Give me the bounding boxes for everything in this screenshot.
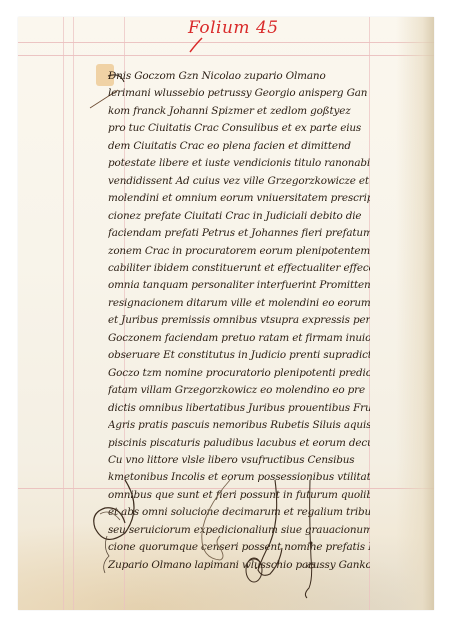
ruling-line-left-2 (73, 17, 74, 610)
grotesque-face-drawing-icon (240, 478, 300, 598)
text-line: cabiliter ibidem constituerunt et effect… (108, 260, 370, 277)
text-line: et Juribus premissis omnibus vtsupra exp… (108, 312, 370, 329)
text-line: piscinis piscaturis paludibus lacubus et… (108, 435, 370, 452)
text-line: Agris pratis pascuis nemoribus Rubetis S… (108, 417, 370, 434)
text-line: potestate libere et iuste vendicionis ti… (108, 155, 370, 172)
ruling-line-top-2 (18, 55, 434, 56)
text-line: lerimani wlussebio petrussy Georgio anis… (108, 85, 370, 102)
text-line: cionez prefate Ciuitati Crac in Judicial… (108, 208, 370, 225)
text-line: zonem Crac in procuratorem eorum plenipo… (108, 243, 370, 260)
text-line: dem Ciuitatis Crac eo plena facien et di… (108, 138, 370, 155)
flourish-drawing-icon (85, 478, 145, 578)
text-line: molendini et omnium eorum vniuersitatem … (108, 190, 370, 207)
folio-heading: Folium 45 (188, 18, 279, 38)
text-line: fatam villam Grzegorzkowicz eo molendino… (108, 382, 370, 399)
text-line: pro tuc Ciuitatis Crac Consulibus et ex … (108, 120, 370, 137)
text-line: omnia tanquam personaliter interfuerint … (108, 277, 370, 294)
text-line: resignacionem ditarum ville et molendini… (108, 295, 370, 312)
text-line: Dnis Goczom Gzn Nicolao zupario Olmano (108, 68, 370, 85)
text-line: faciendam prefati Petrus et Johannes fie… (108, 225, 370, 242)
text-line: obseruare Et constitutus in Judicio pren… (108, 347, 370, 364)
text-line: vendidissent Ad cuius vez ville Grzegorz… (108, 173, 370, 190)
text-line: kom franck Johanni Spizmer et zedlom goß… (108, 103, 370, 120)
red-flourish-icon (188, 36, 204, 54)
text-line: Goczonem faciendam pretuo ratam et firma… (108, 330, 370, 347)
ruling-line-top (18, 42, 434, 43)
text-line: Goczo tzm nomine procuratorio plenipoten… (108, 365, 370, 382)
text-line: dictis omnibus libertatibus Juribus prou… (108, 400, 370, 417)
pen-flourish-icon (295, 478, 325, 608)
text-line: Cu vno littore vlsle libero vsufructibus… (108, 452, 370, 469)
ruling-line-left (63, 17, 64, 610)
